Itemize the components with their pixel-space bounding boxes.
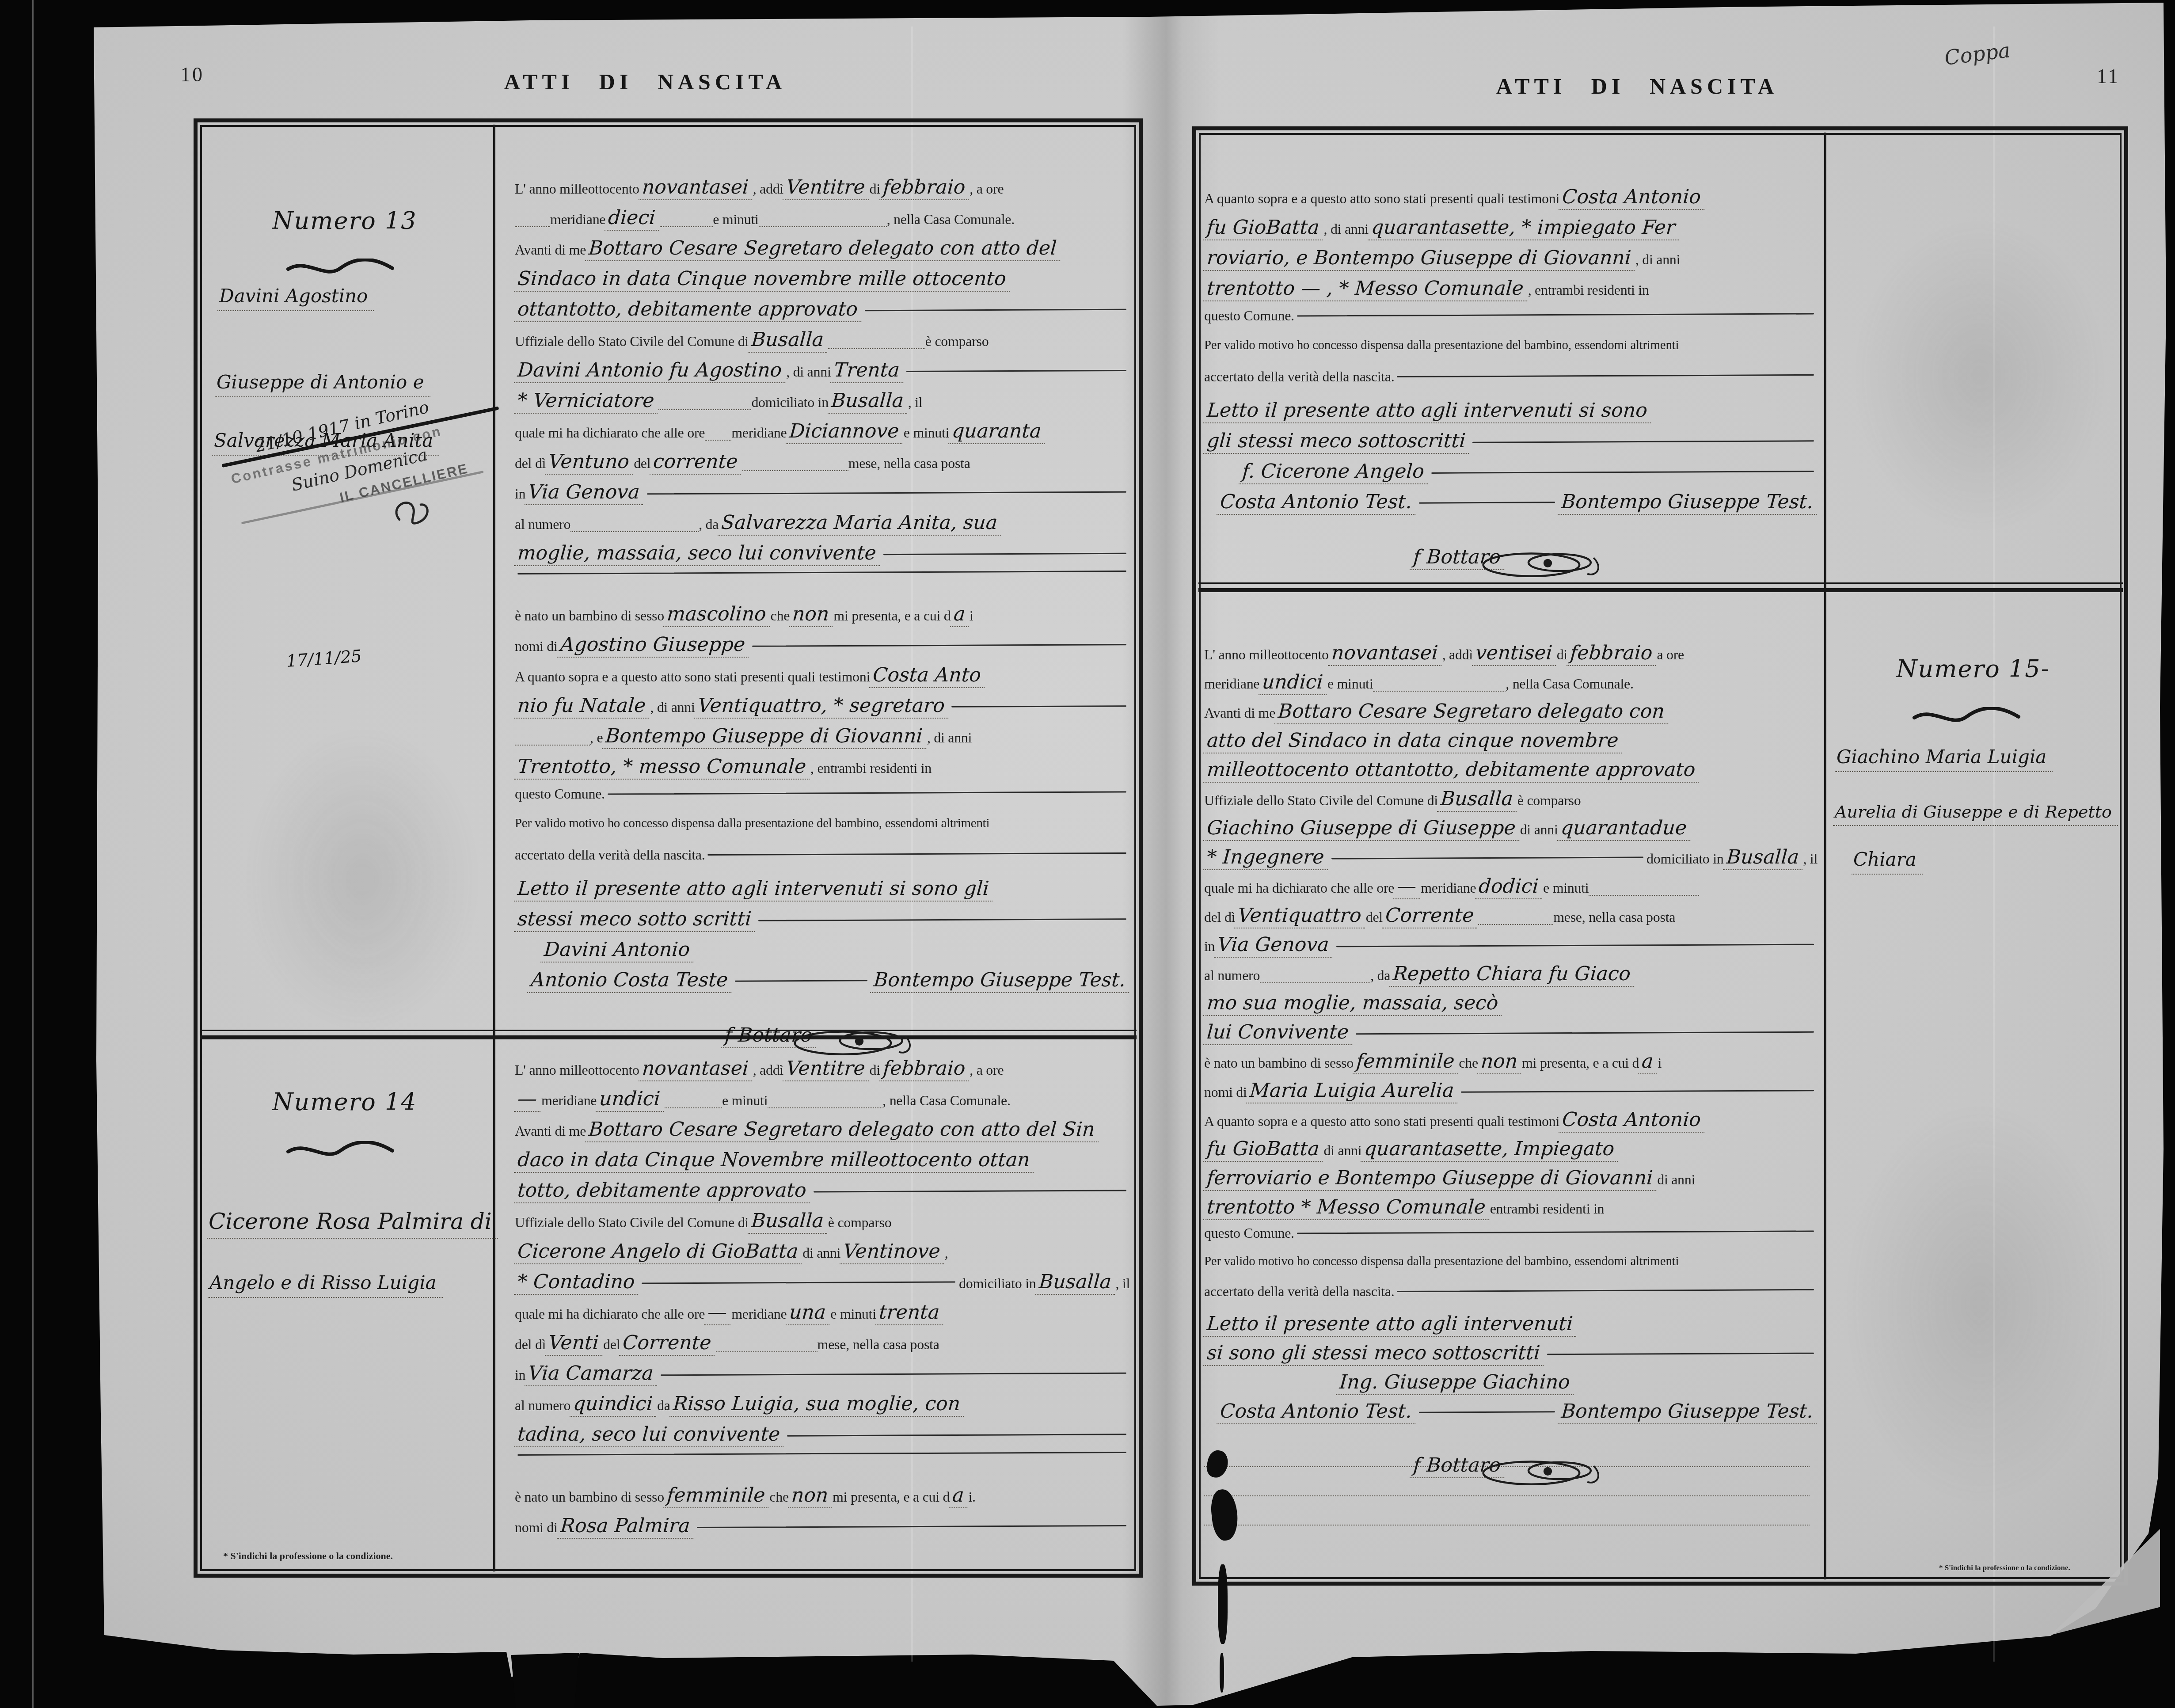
form-line: in Via Genova [1204,933,1818,962]
handwritten-text: trentotto — , * Messo Comunale [1203,277,1529,301]
pen-stroke-line [881,554,1130,562]
handwritten-text: Corrente [619,1331,716,1356]
printed-text: questo Comune. [1204,1225,1294,1241]
handwritten-text: Via Genova [525,481,645,505]
form-line: Antonio Costa Teste Bontempo Giuseppe Te… [515,969,1130,999]
printed-text: , nella Casa Comunale. [882,1092,1010,1109]
printed-text: meridiane [731,1306,787,1322]
handwritten-text: * Contadino [514,1271,640,1295]
printed-text: nomi di [1204,1084,1247,1100]
printed-text: di [870,1062,880,1078]
handwritten-text: Costa Antonio [1559,1108,1706,1133]
handwritten-text: Giachino Giuseppe di Giuseppe [1203,817,1521,841]
form-line: trentotto * Messo Comunale entrambi resi… [1204,1196,1818,1225]
signature-flourish [1474,1450,1611,1493]
form-line: atto del Sindaco in data cinque novembre [1204,729,1818,758]
form-line: Per valido motivo ho concesso dispensa d… [1204,1254,1818,1283]
printed-text: , di anni [1635,251,1680,268]
handwritten-text: Risso Luigia, sua moglie, con [669,1392,966,1417]
printed-text: Avanti di me [515,1123,586,1139]
form-line: trentotto — , * Messo Comunale , entramb… [1204,277,1818,308]
handwritten-text: novantasei [1328,642,1443,666]
form-line: Uffiziale dello Stato Civile del Comune … [515,1210,1130,1240]
form-line: del dì Ventiquattro del Corrente mese, n… [1204,904,1818,933]
form-line: del dì Venti del Corrente mese, nella ca… [515,1331,1130,1362]
form-line: Costa Antonio Test. Bontempo Giuseppe Te… [1204,1400,1818,1429]
printed-text: , entrambi residenti in [810,760,932,776]
handwritten-text: ventisei [1472,642,1558,666]
printed-text: domiciliato in [959,1275,1036,1292]
handwritten-text: Bottaro Cesare Segretaro delegato con at… [585,1118,1100,1142]
handwritten-text: Cicerone Angelo di GioBatta [514,1240,803,1264]
printed-text: , di anni [1323,221,1368,237]
handwritten-text: Salvarezza Maria Anita, sua [718,511,1003,536]
handwritten-text: si sono gli stessi meco sottoscritti [1203,1342,1545,1366]
handwritten-text: febbraio [879,1057,970,1081]
printed-text: di anni [1323,1142,1361,1159]
form-line: al numero quindici da Risso Luigia, sua … [515,1392,1130,1423]
printed-text: meridiane [1204,676,1259,692]
handwritten-text: Bottaro Cesare Segretaro delegato con at… [585,237,1062,261]
form-line: moglie, massaia, seco lui convivente [515,542,1130,572]
handwritten-text: Busalla [1035,1271,1117,1295]
handwritten-text: Ventuno [545,450,635,475]
handwritten-text: undici [596,1088,665,1112]
form-line: f Bottaro [1204,1429,1818,1458]
handwritten-text: Venti [545,1331,604,1356]
form-line: fu GioBatta di anni quarantasette, Impie… [1204,1137,1818,1167]
form-line: Davini Antonio [515,938,1130,969]
form-line: nomi di Rosa Palmira [515,1514,1130,1545]
form-line: Avanti di me Bottaro Cesare Segretaro de… [1204,700,1818,729]
printed-text: , il [1115,1275,1130,1292]
blank-dotted-line [705,432,731,441]
form-line: accertato della verità della nascita. [1204,369,1818,399]
printed-text: quale mi ha dichiarato che alle ore [1204,880,1394,896]
printed-text: del [1366,909,1383,925]
form-line: Avanti di me Bottaro Cesare Segretaro de… [515,1118,1130,1149]
printed-text: e minuti [830,1306,876,1322]
printed-text: accertato della verità della nascita. [1204,1283,1394,1300]
form-line: roviario, e Bontempo Giuseppe di Giovann… [1204,247,1818,277]
form-line: gli stessi meco sottoscritti [1204,430,1818,460]
pen-stroke-line [1544,1354,1818,1362]
handwritten-text: Busalla [1437,787,1518,812]
register-scan: 10 ATTI DI NASCITA Numero 13 Davini Agos… [0,0,2175,1708]
form-line: del dì Ventuno del corrente mese, nella … [515,450,1130,481]
printed-text: L' anno milleottocento [1204,647,1329,663]
form-line: al numero , da Salvarezza Maria Anita, s… [515,511,1130,542]
act13-margin-name: Giuseppe di Antonio e [215,371,430,397]
handwritten-text: Letto il presente atto agli intervenuti … [1203,399,1653,423]
printed-text: i. [969,1489,976,1505]
handwritten-text: Bottaro Cesare Segretaro delegato con [1274,700,1670,724]
handwritten-text: non [788,1484,833,1508]
printed-text: meridiane [550,211,605,228]
printed-text: e minuti [904,425,949,441]
pen-stroke-line [1416,1412,1559,1420]
pen-stroke-line [1294,1232,1818,1240]
page-header-right: ATTI DI NASCITA [1474,73,1801,99]
pen-stroke-line [949,706,1130,714]
handwritten-text: febbraio [879,176,970,200]
form-line: f. Cicerone Angelo [1204,460,1818,491]
handwritten-text: milleottocento ottantotto, debitamente a… [1203,758,1700,783]
form-line: stessi meco sotto scritti [515,908,1130,938]
printed-text: e minuti [713,211,758,228]
printed-text: di anni [1657,1172,1695,1188]
form-line: * Verniciatore domiciliato in Busalla , … [515,389,1130,420]
flourish-squiggle [283,1141,398,1160]
pen-stroke-line [639,1282,959,1290]
form-line: tadina, seco lui convivente [515,1423,1130,1453]
handwritten-text: quindici [570,1392,658,1417]
torn-edge-gap [506,1653,584,1708]
printed-text: del dì [515,1336,546,1353]
printed-text: , da [1370,967,1390,984]
handwritten-text: a [1638,1050,1658,1074]
form-line: accertato della verità della nascita. [1204,1283,1818,1312]
handwritten-text: Ventitre [783,176,870,200]
form-line: Costa Antonio Test. Bontempo Giuseppe Te… [1204,491,1818,521]
handwritten-text: Busalla [748,328,829,353]
signature-flourish [1474,542,1611,585]
page-header-left: ATTI DI NASCITA [482,69,809,95]
printed-text: di anni [1520,822,1558,838]
handwritten-text: roviario, e Bontempo Giuseppe di Giovann… [1203,247,1636,271]
printed-text: A quanto sopra e a questo atto sono stat… [1204,190,1559,207]
printed-text: , a ore [970,181,1004,197]
form-line: Per valido motivo ho concesso dispensa d… [515,816,1130,847]
printed-text: , il [908,394,923,411]
form-line: A quanto sopra e a questo atto sono stat… [1204,1108,1818,1137]
act13-number: Numero 13 [208,207,482,235]
blank-dotted-line [716,1343,818,1352]
handwritten-text: Costa Antonio [1559,186,1706,210]
printed-text: , nella Casa Comunale. [1506,676,1633,692]
pen-stroke-line [605,793,1130,801]
printed-text: meridiane [1421,880,1476,896]
printed-text: mese, nella casa posta [1553,909,1675,925]
printed-text: del [634,455,650,472]
printed-text: L' anno milleottocento [515,1062,639,1078]
printed-text: quale mi ha dichiarato che alle ore [515,1306,705,1322]
act15-margin-name: Chiara [1852,848,1923,875]
handwritten-text: trentotto * Messo Comunale [1203,1196,1491,1220]
pen-stroke-line [1329,858,1647,866]
footnote-left: * S'indichi la professione o la condizio… [223,1550,393,1562]
form-line: Cicerone Angelo di GioBatta di anni Vent… [515,1240,1130,1271]
pen-stroke-line [811,1191,1130,1199]
handwritten-text: ferroviario e Bontempo Giuseppe di Giova… [1203,1167,1658,1191]
ink-streak [1218,1564,1228,1644]
printed-text: mi presenta, e a cui d [1522,1055,1639,1071]
handwritten-text: Letto il presente atto agli intervenuti [1203,1312,1578,1337]
printed-text: del dì [515,455,546,472]
handwritten-text: Bontempo Giuseppe Test. [870,969,1131,993]
handwritten-text: * Ingegnere [1203,846,1329,870]
printed-text: è comparso [1517,792,1581,809]
form-line [1204,1517,1818,1546]
printed-text: A quanto sopra e a questo atto sono stat… [1204,1113,1559,1130]
pen-stroke-line [644,493,1130,501]
form-line: Uffiziale dello Stato Civile del Comune … [1204,787,1818,817]
ink-streak [1220,1653,1224,1693]
handwritten-text: Sindaco in data Cinque novembre mille ot… [514,267,1011,292]
margin-rule-right [1824,133,1826,1579]
pen-stroke-line [1394,376,1818,384]
pen-stroke-line [1334,945,1818,953]
printed-text: , di anni [786,364,831,380]
handwritten-text: non [1477,1050,1523,1074]
handwritten-text: * Verniciatore [514,389,659,414]
printed-text: in [515,486,525,502]
form-line: mo sua moglie, massaia, secò [1204,992,1818,1021]
printed-text: Avanti di me [1204,705,1275,721]
printed-text: entrambi residenti in [1490,1201,1605,1217]
handwritten-text: undici [1259,671,1328,695]
form-line: milleottocento ottantotto, debitamente a… [1204,758,1818,787]
handwritten-text: dieci [605,206,661,231]
printed-text: Per valido motivo ho concesso dispensa d… [515,816,989,831]
form-line: Ing. Giuseppe Giachino [1204,1371,1818,1400]
printed-text: Uffiziale dello Stato Civile del Comune … [1204,792,1438,809]
printed-text: è nato un bambino di sesso [1204,1055,1354,1071]
handwritten-text: femminile [663,1484,770,1508]
pen-stroke-line [756,920,1130,928]
printed-text: di [870,181,880,197]
handwritten-text: Busalla [1723,846,1804,870]
blank-dotted-line [515,737,590,746]
handwritten-text: — [704,1301,732,1325]
handwritten-text: Ventiquattro [1234,904,1366,928]
pen-stroke-line [705,854,1130,862]
handwritten-text: novantasei [639,176,754,200]
pen-stroke-line [1458,1091,1818,1099]
handwritten-text: Maria Luigia Aurelia [1246,1079,1459,1103]
margin-rule-left [493,125,495,1571]
blank-dotted-line [768,1099,882,1108]
form-line: L' anno milleottocento novantasei , addì… [515,176,1130,206]
form-line: è nato un bambino di sesso femminile che… [515,1484,1130,1514]
printed-text: , di anni [927,730,972,746]
act15-margin-name: Giachino Maria Luigia [1835,746,2053,772]
printed-text: , addì [753,1062,783,1078]
printed-text: mi presenta, e a cui d [833,1489,950,1505]
handwritten-text: Busalla [748,1210,829,1234]
printed-text: del dì [1204,909,1235,925]
handwritten-text: Ventiquattro, * segretaro [694,694,950,719]
printed-text: , entrambi residenti in [1528,282,1649,298]
form-line: Per valido motivo ho concesso dispensa d… [1204,338,1818,369]
handwritten-text: non [789,603,834,627]
printed-text: , e [590,730,603,746]
blank-dotted-line [1204,1517,1810,1525]
handwritten-text: — [1393,875,1422,899]
signature-flourish [786,1020,923,1063]
form-line: nio fu Natale , di anni Ventiquattro, * … [515,694,1130,725]
handwritten-text: Costa Antonio Test. [1217,491,1417,515]
scanner-streak [32,0,34,1708]
form-line: accertato della verità della nascita. [515,847,1130,877]
handwritten-text: quaranta [948,420,1046,444]
handwritten-text: Ventitre [783,1057,870,1081]
printed-text: mese, nella casa posta [848,455,970,472]
printed-text: accertato della verità della nascita. [1204,369,1394,385]
printed-text: , a ore [970,1062,1004,1078]
form-line: in Via Camarza [515,1362,1130,1392]
printed-text: Avanti di me [515,242,586,258]
form-line: L' anno milleottocento novantasei , addì… [1204,642,1818,671]
pen-stroke-line [862,310,1130,318]
form-line: f Bottaro [1204,521,1818,552]
form-line: Giachino Giuseppe di Giuseppe di anni qu… [1204,817,1818,846]
blank-dotted-line [1260,974,1370,983]
form-line: questo Comune. [1204,308,1818,338]
form-line: L' anno milleottocento novantasei , addì… [515,1057,1130,1088]
printed-text: e minuti [1543,880,1589,896]
form-line: ferroviario e Bontempo Giuseppe di Giova… [1204,1167,1818,1196]
act15-body: L' anno milleottocento novantasei , addì… [1204,642,1818,1546]
printed-text: che [1459,1055,1478,1071]
form-line: meridiane undici e minuti , nella Casa C… [1204,671,1818,700]
act13-margin-name: Davini Agostino [217,285,374,311]
handwritten-text: trenta [875,1301,945,1325]
printed-text: A quanto sopra e a questo atto sono stat… [515,669,870,685]
printed-text: in [1204,938,1215,955]
form-line: in Via Genova [515,481,1130,511]
printed-text: che [769,1489,789,1505]
printed-text: e minuti [722,1092,768,1109]
pen-stroke-line [1294,315,1818,323]
printed-text: mese, nella casa posta [818,1336,939,1353]
printed-text: Uffiziale dello Stato Civile del Comune … [515,333,749,350]
form-line: questo Comune. [1204,1225,1818,1254]
handwritten-text: a [949,1484,969,1508]
form-line: , e Bontempo Giuseppe di Giovanni , di a… [515,725,1130,755]
printed-text: questo Comune. [515,786,605,802]
flourish-squiggle [283,259,398,278]
printed-text: è nato un bambino di sesso [515,1489,664,1505]
printed-text: del [603,1336,620,1353]
handwritten-text: daco in data Cinque Novembre milleottoce… [514,1149,1035,1173]
blank-dotted-line [570,523,699,532]
flourish-squiggle [1909,707,2024,727]
form-line: al numero , da Repetto Chiara fu Giaco [1204,962,1818,992]
printed-text: questo Comune. [1204,308,1294,324]
handwritten-text: mo sua moglie, massaia, secò [1203,992,1503,1016]
form-line: A quanto sopra e a questo atto sono stat… [515,664,1130,694]
pen-stroke-line [904,371,1130,379]
printed-text: domiciliato in [751,394,828,411]
handwritten-text: Davini Antonio [540,938,695,962]
form-line: f Bottaro [515,999,1130,1030]
printed-text: in [515,1367,525,1383]
pen-stroke-line [732,981,871,989]
form-line: quale mi ha dichiarato che alle ore — me… [515,1301,1130,1331]
handwritten-text: quarantadue [1557,817,1692,841]
printed-text: , di anni [650,699,695,715]
pen-stroke-line [784,1435,1130,1443]
printed-text: al numero [1204,967,1260,984]
handwritten-text: Costa Anto [869,664,986,688]
blank-dotted-line [665,1099,722,1108]
act14-number: Numero 14 [208,1088,482,1116]
handwritten-text: febbraio [1567,642,1658,666]
footnote-right: * S'indichi la professione o la condizio… [1939,1563,2070,1572]
handwritten-text: moglie, massaia, seco lui convivente [514,542,882,566]
pen-stroke-line [515,572,1130,580]
act-divider-left [200,1030,1137,1039]
printed-text: mi presenta, e a cui d [833,608,951,624]
printed-text: di anni [802,1245,840,1261]
blank-dotted-line [658,401,751,410]
act15-margin-name: Aurelia di Giuseppe e di Repetto [1833,802,2118,826]
handwritten-text: Antonio Costa Teste [527,969,733,993]
handwritten-text: Davini Antonio fu Agostino [514,359,787,383]
printed-text: nomi di [515,1519,558,1536]
form-line: Uffiziale dello Stato Civile del Comune … [515,328,1130,359]
act14-continuation-body: A quanto sopra e a questo atto sono stat… [1204,186,1818,552]
handwritten-text: Busalla [828,389,909,414]
handwritten-text: corrente [650,450,743,475]
handwritten-text: Costa Antonio Test. [1217,1400,1417,1424]
printed-text: è comparso [828,1214,892,1231]
act13-body: L' anno milleottocento novantasei , addì… [515,176,1130,1030]
handwritten-text: Rosa Palmira [557,1514,695,1539]
pen-stroke-line [1394,1290,1818,1298]
printed-text: i [1658,1055,1662,1071]
printed-text: e minuti [1327,676,1373,692]
printed-text: a ore [1657,647,1684,663]
pen-stroke-line [658,1374,1130,1382]
form-line: ottantotto, debitamente approvato [515,298,1130,328]
pen-stroke-line [694,1526,1130,1534]
form-line: A quanto sopra e a questo atto sono stat… [1204,186,1818,216]
printed-text: Per valido motivo ho concesso dispensa d… [1204,338,1679,353]
printed-text: accertato della verità della nascita. [515,847,705,863]
act15-number: Numero 15- [1840,655,2106,683]
printed-text: , addì [753,181,783,197]
form-line: Letto il presente atto agli intervenuti [1204,1312,1818,1342]
handwritten-text: nio fu Natale [514,694,651,719]
printed-text: meridiane [541,1092,597,1109]
printed-text: , il [1803,851,1818,867]
form-line: * Ingegnere domiciliato in Busalla , il [1204,846,1818,875]
printed-text: domiciliato in [1646,851,1723,867]
act14-body: L' anno milleottocento novantasei , addì… [515,1057,1130,1545]
form-line: Trentotto, * messo Comunale , entrambi r… [515,755,1130,786]
form-line: è nato un bambino di sesso mascolino che… [515,603,1130,633]
printed-text: Per valido motivo ho concesso dispensa d… [1204,1254,1679,1269]
printed-text: , [945,1245,948,1261]
printed-text: Uffiziale dello Stato Civile del Comune … [515,1214,749,1231]
form-line: si sono gli stessi meco sottoscritti [1204,1342,1818,1371]
form-line: Letto il presente atto agli intervenuti … [515,877,1130,908]
form-line: Letto il presente atto agli intervenuti … [1204,399,1818,430]
handwritten-text: Letto il presente atto agli intervenuti … [514,877,994,902]
handwritten-text: — [514,1088,542,1112]
handwritten-text: atto del Sindaco in data cinque novembre [1203,729,1624,753]
printed-text: è nato un bambino di sesso [515,608,664,624]
page-number-right: 11 [2097,65,2120,88]
form-line: quale mi ha dichiarato che alle ore — me… [1204,875,1818,904]
form-line [515,1453,1130,1484]
form-line: quale mi ha dichiarato che alle ore meri… [515,420,1130,450]
form-line: fu GioBatta , di anni quarantasette, * i… [1204,216,1818,247]
handwritten-text: quarantasette, * impiegato Fer [1368,216,1681,240]
handwritten-text: mascolino [663,603,771,627]
